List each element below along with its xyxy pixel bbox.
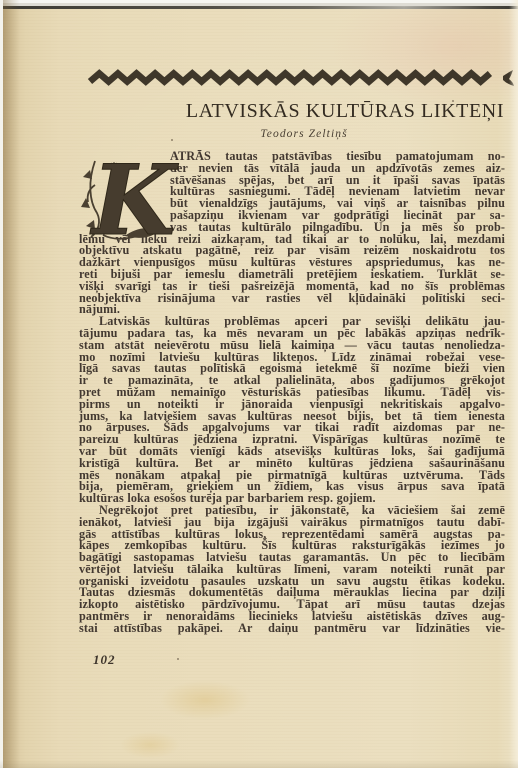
page-right-edge-light	[509, 0, 518, 768]
article-body: K ATRĀS tautas patstāvības tiesību pamat…	[79, 151, 505, 635]
ink-speck	[452, 100, 454, 102]
ink-speck	[177, 658, 179, 660]
ornament-zigzag	[90, 74, 490, 82]
text-line: neobjektīva risinājuma var rasties vēl k…	[79, 293, 505, 305]
zigzag-ornament-icon	[90, 70, 514, 86]
ornament-band	[90, 70, 514, 86]
page-bottom-edge-shadow	[0, 760, 518, 768]
scanned-book-page: LATVISKĀS KULTŪRAS LIKTEŅI Teodors Zelti…	[0, 0, 518, 768]
drop-cap: K	[79, 151, 167, 227]
page-gutter-shadow	[3, 0, 20, 768]
article-title: LATVISKĀS KULTŪRAS LIKTEŅI	[185, 100, 505, 123]
ink-speck	[171, 139, 173, 141]
text-line: stai attīstības pakāpei. Ar daiņu pantmē…	[79, 623, 505, 635]
ornate-initial-k-icon: K	[79, 151, 167, 245]
drop-cap-letter: K	[89, 144, 179, 257]
article-author: Teodors Zeltiņš	[186, 128, 422, 140]
page-number: 102	[93, 652, 116, 668]
scan-top-edge-line	[0, 6, 518, 9]
